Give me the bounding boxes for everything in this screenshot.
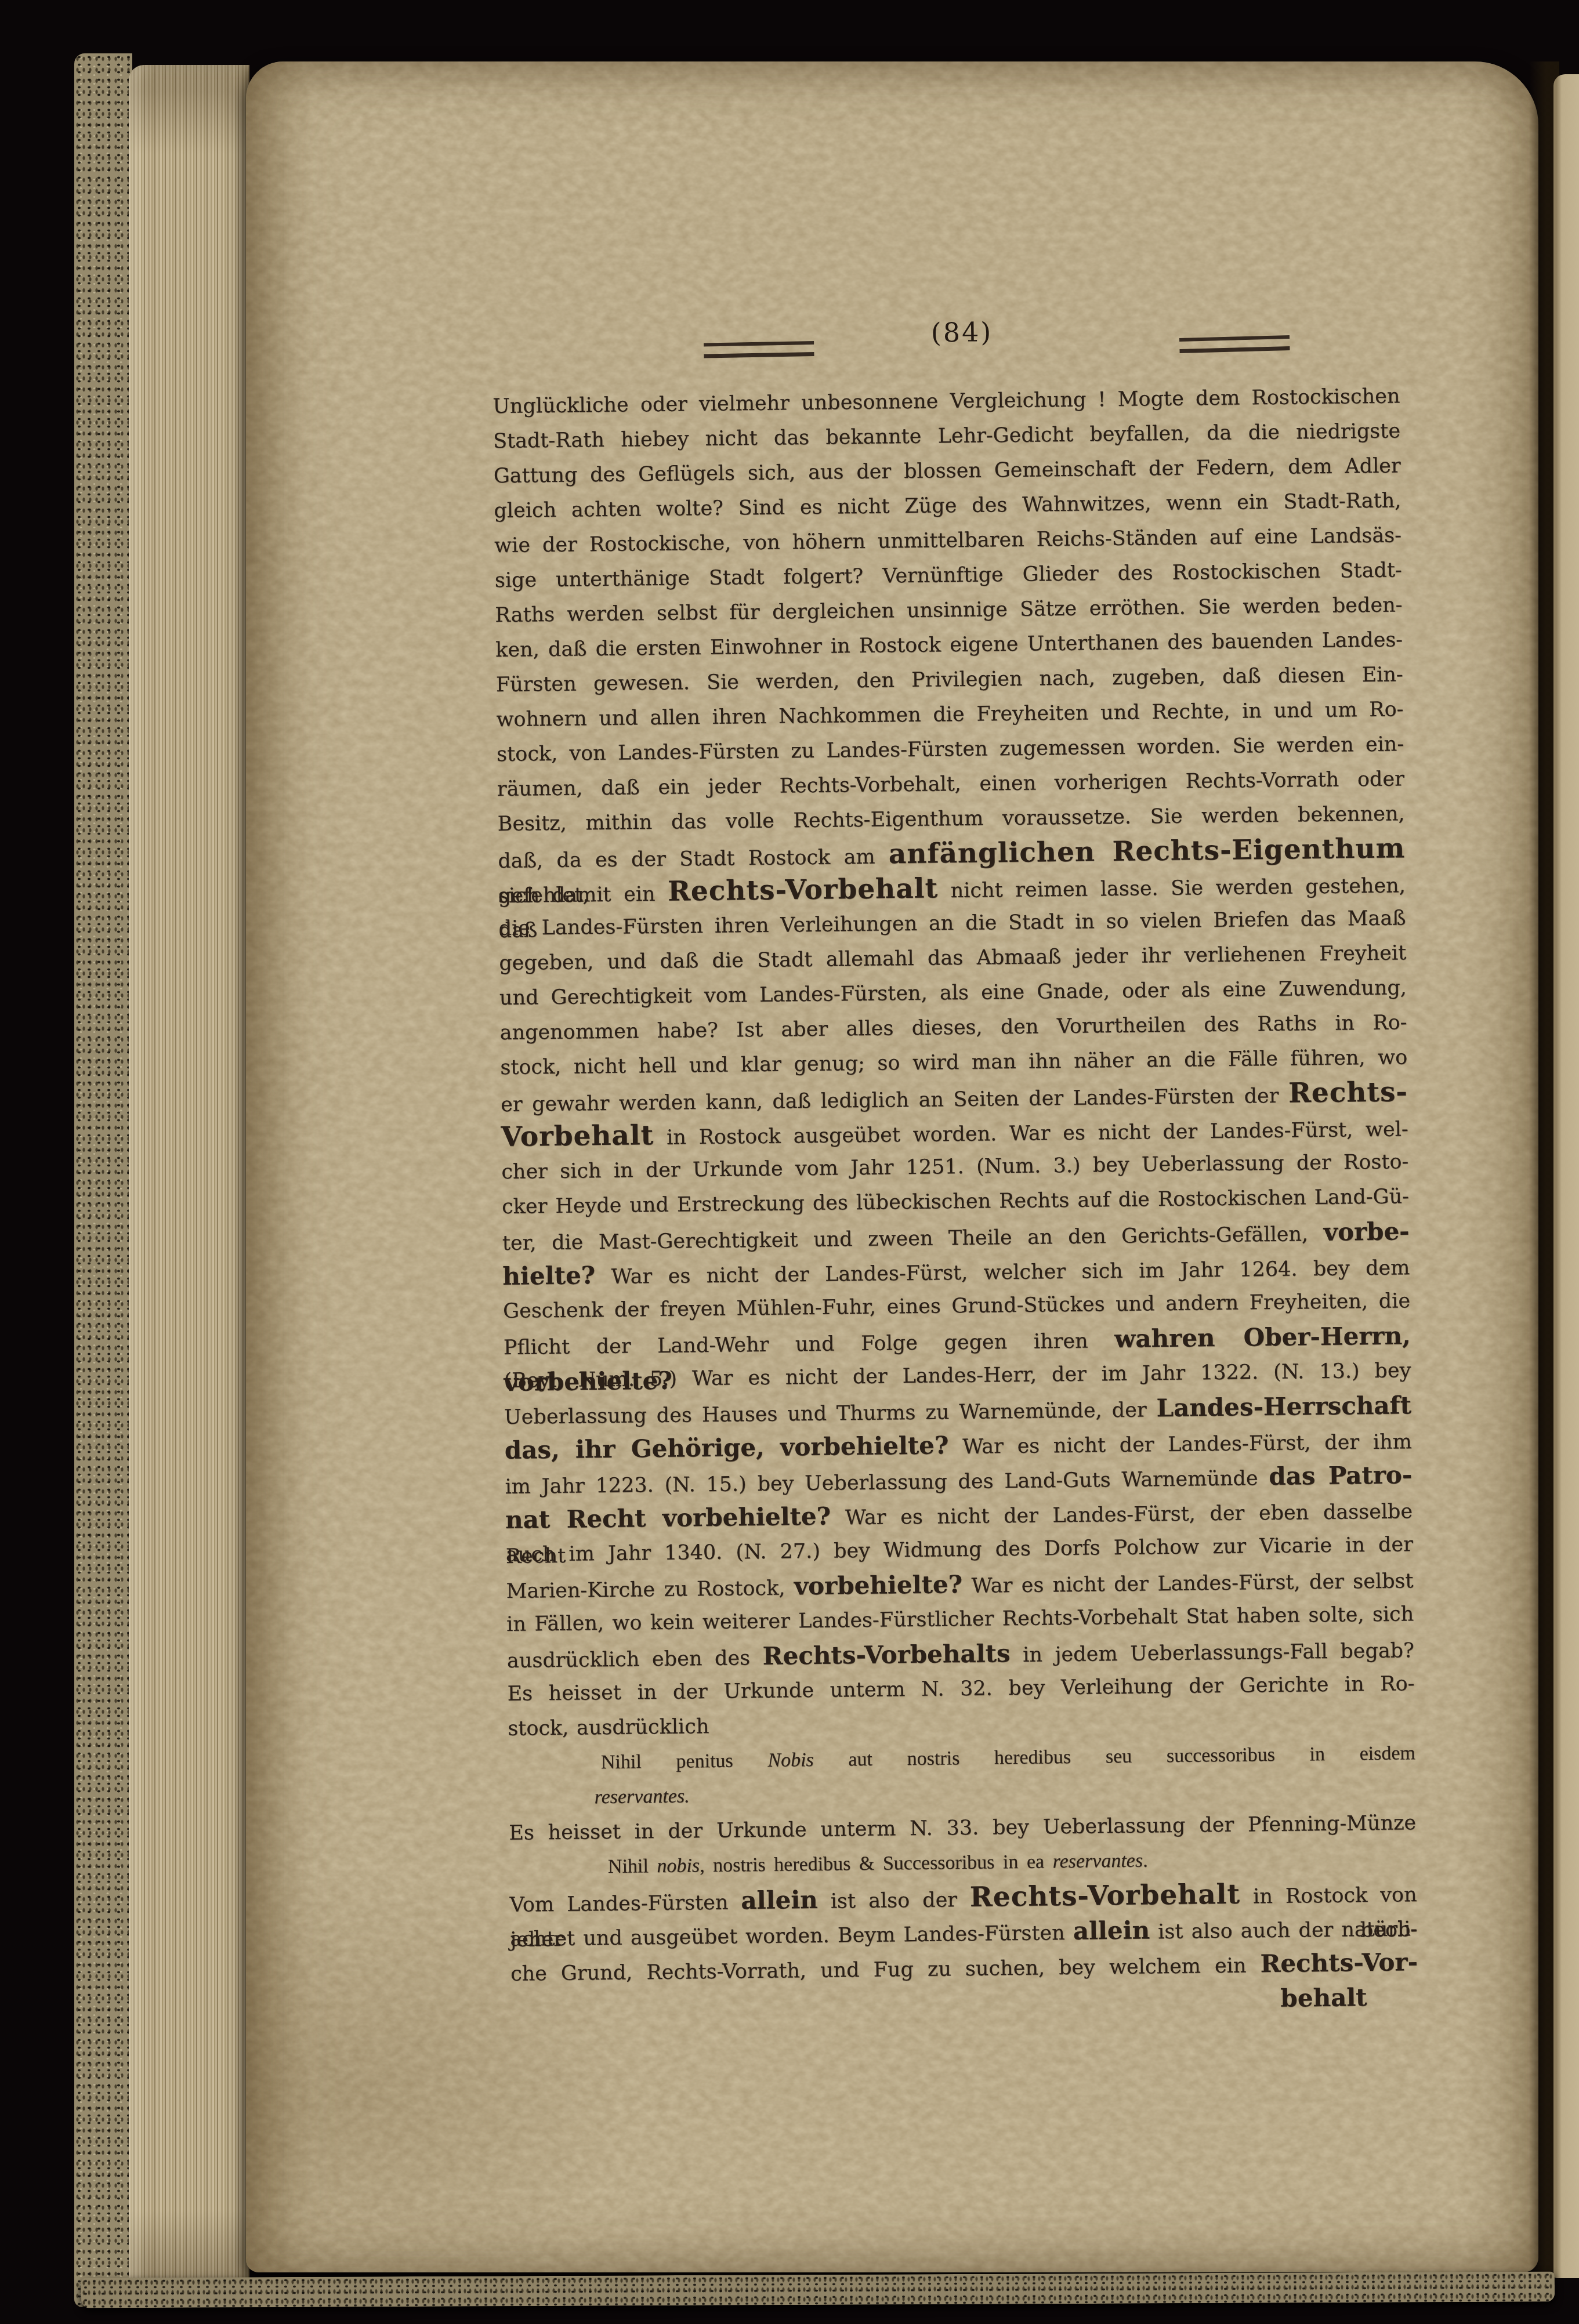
emphasized-text: nobis (657, 1855, 700, 1877)
body-text: Es heisset in der Urkunde unterm N. 32. … (507, 1672, 1414, 1706)
emphasized-text: Rechts-Vorbehalt (970, 1879, 1241, 1913)
body-text: achtet und ausgeübet worden. Beym Landes… (510, 1921, 1073, 1951)
body-text: ter, die Mast-Gerechtigkeit und zween Th… (502, 1223, 1324, 1255)
body-text: wohnern und allen ihren Nachkommen die F… (496, 698, 1403, 731)
scanned-book-photo: (84) Unglückliche oder vielmehr unbesonn… (0, 0, 1579, 2324)
body-text: cker Heyde und Erstreckung des lübeckisc… (502, 1185, 1409, 1219)
emphasized-text: reservantes. (594, 1785, 689, 1808)
page-content: (84) Unglückliche oder vielmehr unbesonn… (246, 61, 1538, 2272)
body-text: Ueberlassung des Hauses und Thurms zu Wa… (504, 1398, 1157, 1429)
emphasized-text: Landes-Herrschaft (1156, 1391, 1411, 1422)
emphasized-text: allein (1073, 1916, 1150, 1945)
body-text: War es nicht der Landes-Fürst, welcher s… (595, 1256, 1410, 1289)
emphasized-text: anfänglichen Rechts-Eigenthum (889, 832, 1406, 870)
body-text: angenommen habe? Ist aber alles dieses, … (499, 1011, 1407, 1045)
body-text: Stadt-Rath hiebey nicht das bekannte Leh… (493, 419, 1400, 453)
body-text: sich damit ein (498, 883, 668, 908)
emphasized-text: das Patro- (1269, 1460, 1413, 1491)
body-text: in jedem Ueberlassungs-Fall begab? (1010, 1639, 1414, 1667)
body-text: in Fällen, wo kein weiterer Landes-Fürst… (506, 1602, 1414, 1636)
body-text: (Beyl. Num. 5.) War es nicht der Landes-… (504, 1359, 1411, 1393)
body-text: gleich achten wolte? Sind es nicht Züge … (494, 489, 1401, 523)
body-text: ausdrücklich eben des (507, 1647, 763, 1673)
body-text: sige unterthänige Stadt folgert? Vernünf… (495, 559, 1402, 592)
body-text: ken, daß die ersten Einwohner in Rostock… (495, 628, 1403, 662)
body-text: ist also auch der natürli- (1150, 1917, 1418, 1944)
page-fore-edge-stack (129, 65, 249, 2299)
body-text: gegeben, und daß die Stadt allemahl das … (499, 941, 1406, 975)
emphasized-text: reservantes (1052, 1850, 1143, 1872)
body-text: im Jahr 1223. (N. 15.) bey Ueberlassung … (505, 1467, 1269, 1499)
emphasized-text: Rechts-Vor- (1260, 1948, 1418, 1978)
body-text: stock, nicht hell und klar genug; so wir… (500, 1046, 1407, 1079)
body-text: wie der Rostockische, von höhern unmitte… (494, 524, 1401, 557)
emphasized-text: vorbe- (1323, 1217, 1410, 1246)
emphasized-text: Rechts- (1288, 1076, 1408, 1109)
body-text: in Rostock ausgeübet worden. War es nich… (654, 1118, 1408, 1150)
emphasized-text: Rechts-Vorbehalt (668, 872, 939, 907)
emphasized-text: das, ihr Gehörige, vorbehielte? (505, 1431, 949, 1464)
body-text: daß, da es der Stadt Rostock am (498, 845, 889, 873)
body-text: Geschenk der freyen Mühlen-Fuhr, eines G… (503, 1289, 1410, 1323)
body-text: räumen, daß ein jeder Rechts-Vorbehalt, … (497, 767, 1404, 801)
book-board-edge-bottom (81, 2271, 1555, 2308)
page-number: (84) (901, 316, 1023, 349)
next-page-sliver (1553, 74, 1579, 2278)
emphasized-text: hielte? (502, 1261, 595, 1290)
body-text: . (1143, 1850, 1148, 1871)
body-text: Besitz, mithin das volle Rechts-Eigenthu… (497, 802, 1404, 836)
emphasized-text: Rechts-Vorbehalts (762, 1639, 1010, 1670)
header-rule-left (704, 341, 814, 358)
page-header: (84) (492, 316, 1400, 390)
emphasized-text: vorbehielte? (794, 1570, 962, 1600)
body-text: cher sich in der Urkunde vom Jahr 1251. … (501, 1150, 1408, 1184)
body-text: ist also der (818, 1888, 970, 1913)
text-block: Unglückliche oder vielmehr unbesonnene V… (492, 379, 1418, 2025)
body-text: Nihil (608, 1855, 657, 1877)
body-text: stock, ausdrücklich (508, 1715, 709, 1741)
body-text: Raths werden selbst für dergleichen unsi… (495, 593, 1402, 627)
book-board-edge-left (74, 53, 132, 2307)
body-text: stock, von Landes-Fürsten zu Landes-Fürs… (497, 733, 1404, 766)
emphasized-text: Vorbehalt (501, 1119, 654, 1153)
body-text: und Gerechtigkeit vom Landes-Fürsten, al… (499, 976, 1407, 1010)
body-text: che Grund, Rechts-Vorrath, und Fug zu su… (510, 1954, 1261, 1986)
body-text: , nostris heredibus & Successoribus in e… (700, 1851, 1053, 1876)
body-text: auch im Jahr 1340. (N. 27.) bey Widmung … (506, 1533, 1413, 1567)
emphasized-text: behalt (1280, 1983, 1367, 2013)
body-text: Gattung des Geflügels sich, aus der blos… (494, 454, 1401, 488)
body-text: er gewahr werden kann, daß lediglich an … (501, 1085, 1288, 1116)
body-text: War es nicht der Landes-Fürst, der selbs… (962, 1569, 1414, 1598)
body-text: die Landes-Fürsten ihren Verleihungen an… (498, 907, 1406, 940)
body-text: Vom Landes-Fürsten (509, 1891, 741, 1917)
emphasized-text: nat Recht vorbehielte? (505, 1502, 831, 1534)
emphasized-text: allein (741, 1886, 818, 1915)
header-rule-right (1179, 335, 1290, 353)
body-text: Fürsten gewesen. Sie werden, den Privile… (496, 663, 1403, 697)
body-text: War es nicht der Landes-Fürst, der ihm (948, 1430, 1412, 1459)
emphasized-text: Nobis (767, 1749, 814, 1771)
body-text: Es heisset in der Urkunde unterm N. 33. … (509, 1811, 1416, 1845)
book-page: (84) Unglückliche oder vielmehr unbesonn… (246, 61, 1538, 2272)
body-text: Nihil penitus (601, 1750, 768, 1773)
body-text: Unglückliche oder vielmehr unbesonnene V… (492, 385, 1400, 418)
body-text: aut nostris heredibus seu successoribus … (814, 1742, 1416, 1771)
body-text: Marien-Kirche zu Rostock, (506, 1576, 794, 1603)
body-text: Pflicht der Land-Wehr und Folge gegen ih… (504, 1329, 1115, 1359)
